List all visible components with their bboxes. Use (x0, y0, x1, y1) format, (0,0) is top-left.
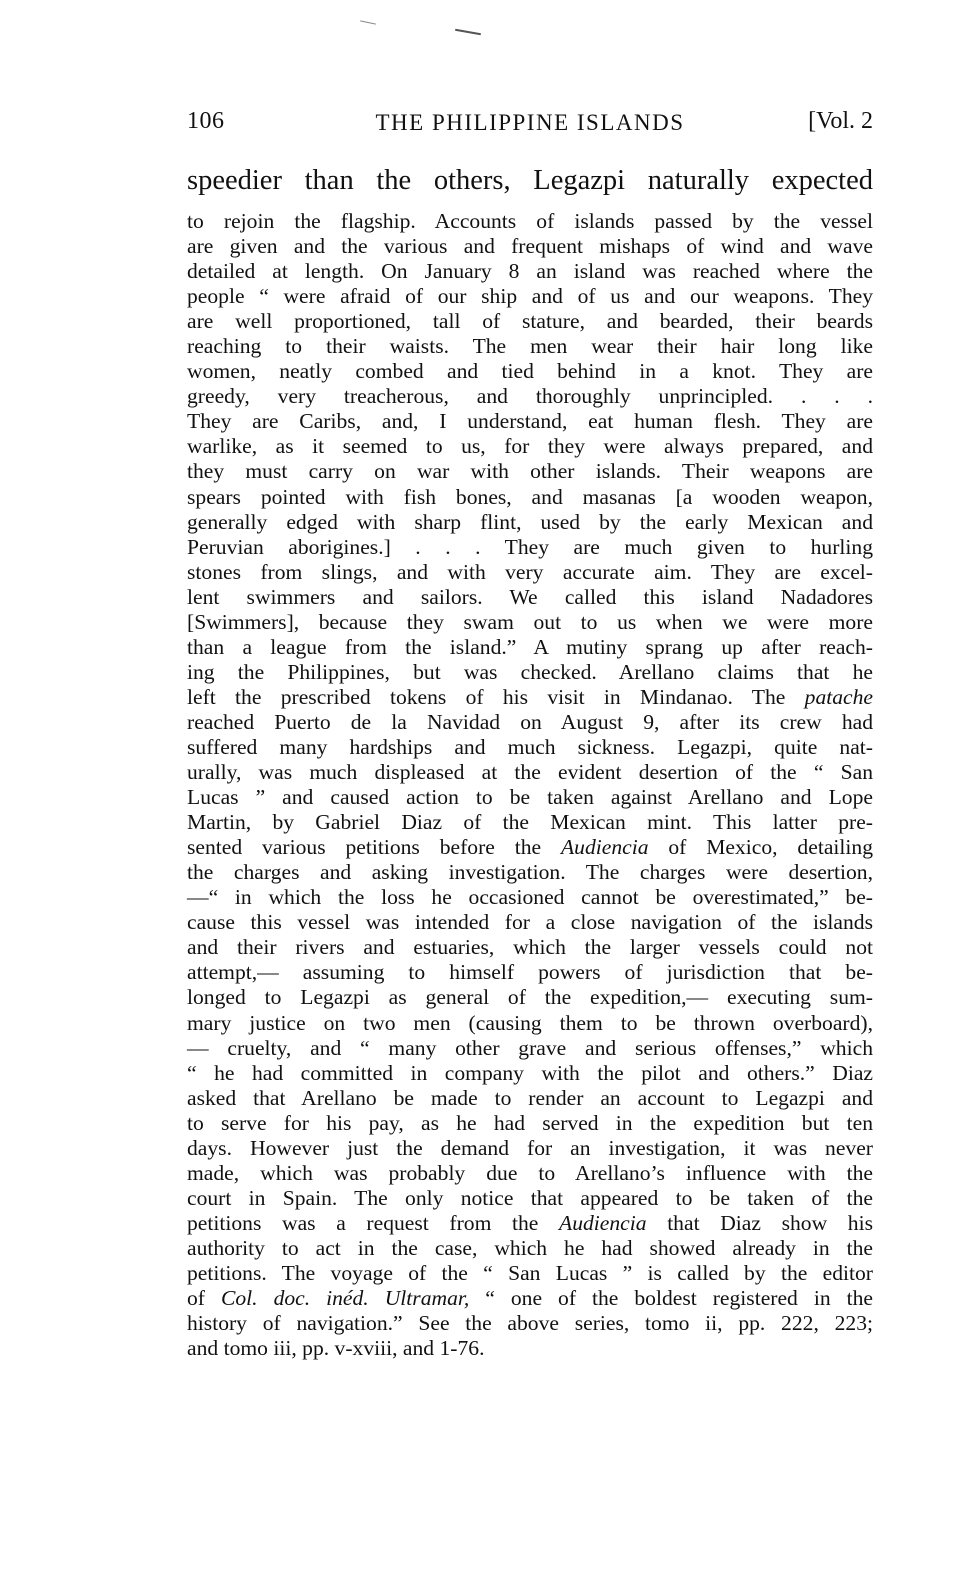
text-line: petitions. The voyage of the “ San Lucas… (187, 1261, 873, 1286)
text-line: made, which was probably due to Arellano… (187, 1161, 873, 1186)
text-line: Lucas ” and caused action to be taken ag… (187, 785, 873, 810)
text-line: left the prescribed tokens of his visit … (187, 685, 873, 710)
text-line: the charges and asking investigation. Th… (187, 860, 873, 885)
text-line: people “ were afraid of our ship and of … (187, 284, 873, 309)
text-line: and their rivers and estuaries, which th… (187, 935, 873, 960)
text-line: are given and the various and frequent m… (187, 234, 873, 259)
volume-label: [Vol. 2 (808, 104, 873, 138)
italic-term: patache (805, 685, 873, 709)
text-line: warlike, as it seemed to us, for they we… (187, 434, 873, 459)
text-line: — cruelty, and “ many other grave and se… (187, 1036, 873, 1061)
text-line: They are Caribs, and, I understand, eat … (187, 409, 873, 434)
text-line: spears pointed with fish bones, and masa… (187, 485, 873, 510)
text-line: women, neatly combed and tied behind in … (187, 359, 873, 384)
text-line: than a league from the island.” A mutiny… (187, 635, 873, 660)
text-line: “ he had committed in company with the p… (187, 1061, 873, 1086)
text-line: ing the Philippines, but was checked. Ar… (187, 660, 873, 685)
text-line: they must carry on war with other island… (187, 459, 873, 484)
text-line: days. However just the demand for an inv… (187, 1136, 873, 1161)
text-line: reaching to their waists. The men wear t… (187, 334, 873, 359)
text-line: —“ in which the loss he occasioned canno… (187, 885, 873, 910)
page-header: 106 THE PHILIPPINE ISLANDS [Vol. 2 (187, 104, 873, 138)
text-line: asked that Arellano be made to render an… (187, 1086, 873, 1111)
text-line: authority to act in the case, which he h… (187, 1236, 873, 1261)
running-head: THE PHILIPPINE ISLANDS (187, 106, 873, 140)
text-line: to rejoin the flagship. Accounts of isla… (187, 209, 873, 234)
text-line: to serve for his pay, as he had served i… (187, 1111, 873, 1136)
text-line: longed to Legazpi as general of the expe… (187, 985, 873, 1010)
text-line: history of navigation.” See the above se… (187, 1311, 873, 1336)
text-line: Martin, by Gabriel Diaz of the Mexican m… (187, 810, 873, 835)
text-line: petitions was a request from the Audienc… (187, 1211, 873, 1236)
italic-term: Audiencia (561, 835, 649, 859)
text-line: court in Spain. The only notice that app… (187, 1186, 873, 1211)
text-line: Peruvian aborigines.] . . . They are muc… (187, 535, 873, 560)
text-line: detailed at length. On January 8 an isla… (187, 259, 873, 284)
text-line: sented various petitions before the Audi… (187, 835, 873, 860)
scan-artifact (455, 29, 481, 35)
italic-term: Col. doc. inéd. Ultramar, (221, 1286, 469, 1310)
text-line: of Col. doc. inéd. Ultramar, “ one of th… (187, 1286, 873, 1311)
text-line: suffered many hardships and much sicknes… (187, 735, 873, 760)
text-line: are well proportioned, tall of stature, … (187, 309, 873, 334)
text-line: urally, was much displeased at the evide… (187, 760, 873, 785)
text-line: [Swimmers], because they swam out to us … (187, 610, 873, 635)
text-line: cause this vessel was intended for a clo… (187, 910, 873, 935)
text-line: and tomo iii, pp. v-xviii, and 1-76. (187, 1336, 873, 1361)
text-line: greedy, very treacherous, and thoroughly… (187, 384, 873, 409)
scan-artifact (360, 20, 376, 24)
lead-line: speedier than the others, Legazpi natura… (187, 163, 873, 199)
text-line: stones from slings, and with very accura… (187, 560, 873, 585)
text-line: reached Puerto de la Navidad on August 9… (187, 710, 873, 735)
text-line: lent swimmers and sailors. We called thi… (187, 585, 873, 610)
text-line: attempt,— assuming to himself powers of … (187, 960, 873, 985)
italic-term: Audiencia (559, 1211, 647, 1235)
text-line: generally edged with sharp flint, used b… (187, 510, 873, 535)
footnote-body: to rejoin the flagship. Accounts of isla… (187, 209, 873, 1361)
text-line: mary justice on two men (causing them to… (187, 1011, 873, 1036)
